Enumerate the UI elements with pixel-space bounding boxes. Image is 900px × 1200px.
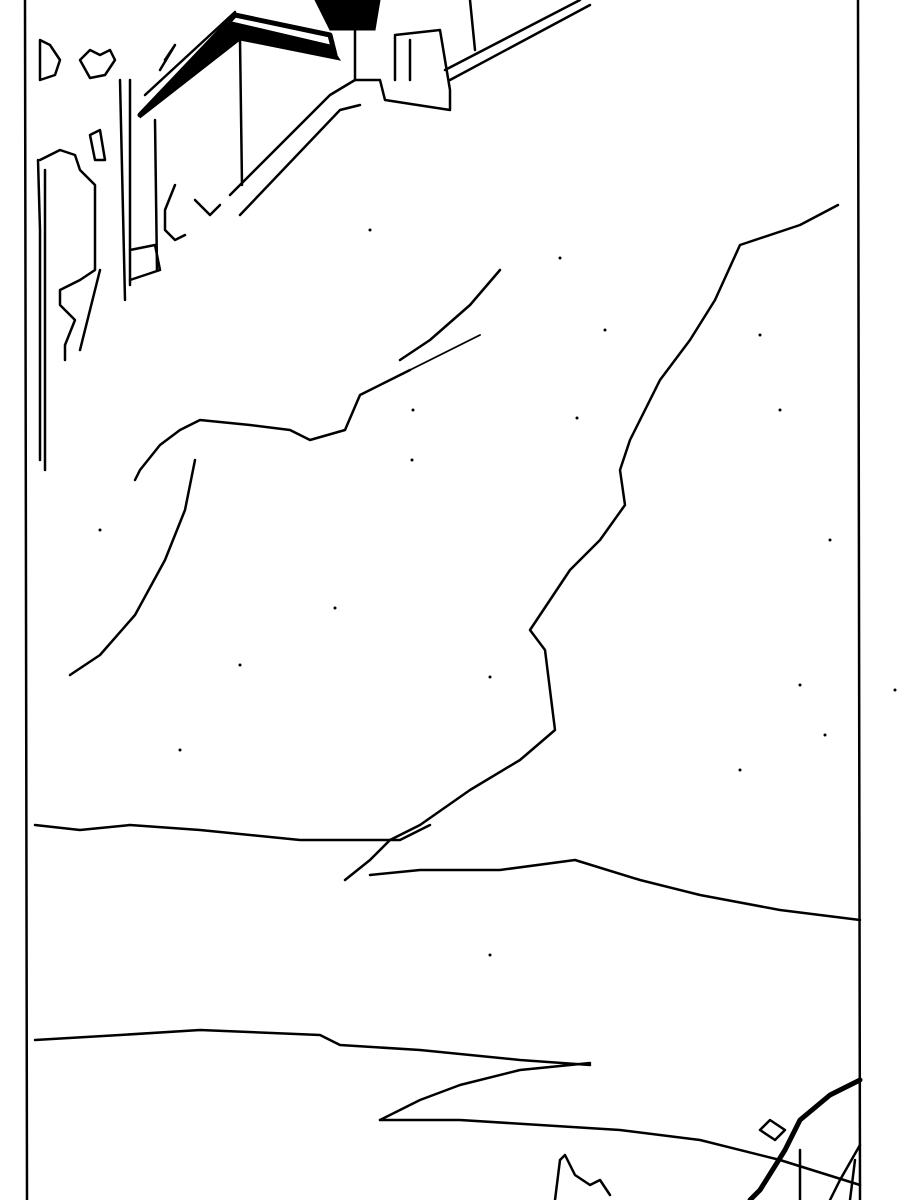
building	[130, 0, 590, 285]
terrain-lines	[35, 205, 860, 1185]
specks	[99, 229, 897, 957]
bottom-plants	[555, 1080, 860, 1200]
frame-borders	[25, 0, 860, 1200]
sketch-canvas	[0, 0, 900, 1200]
line-drawing	[0, 0, 900, 1200]
left-shapes	[38, 40, 125, 470]
